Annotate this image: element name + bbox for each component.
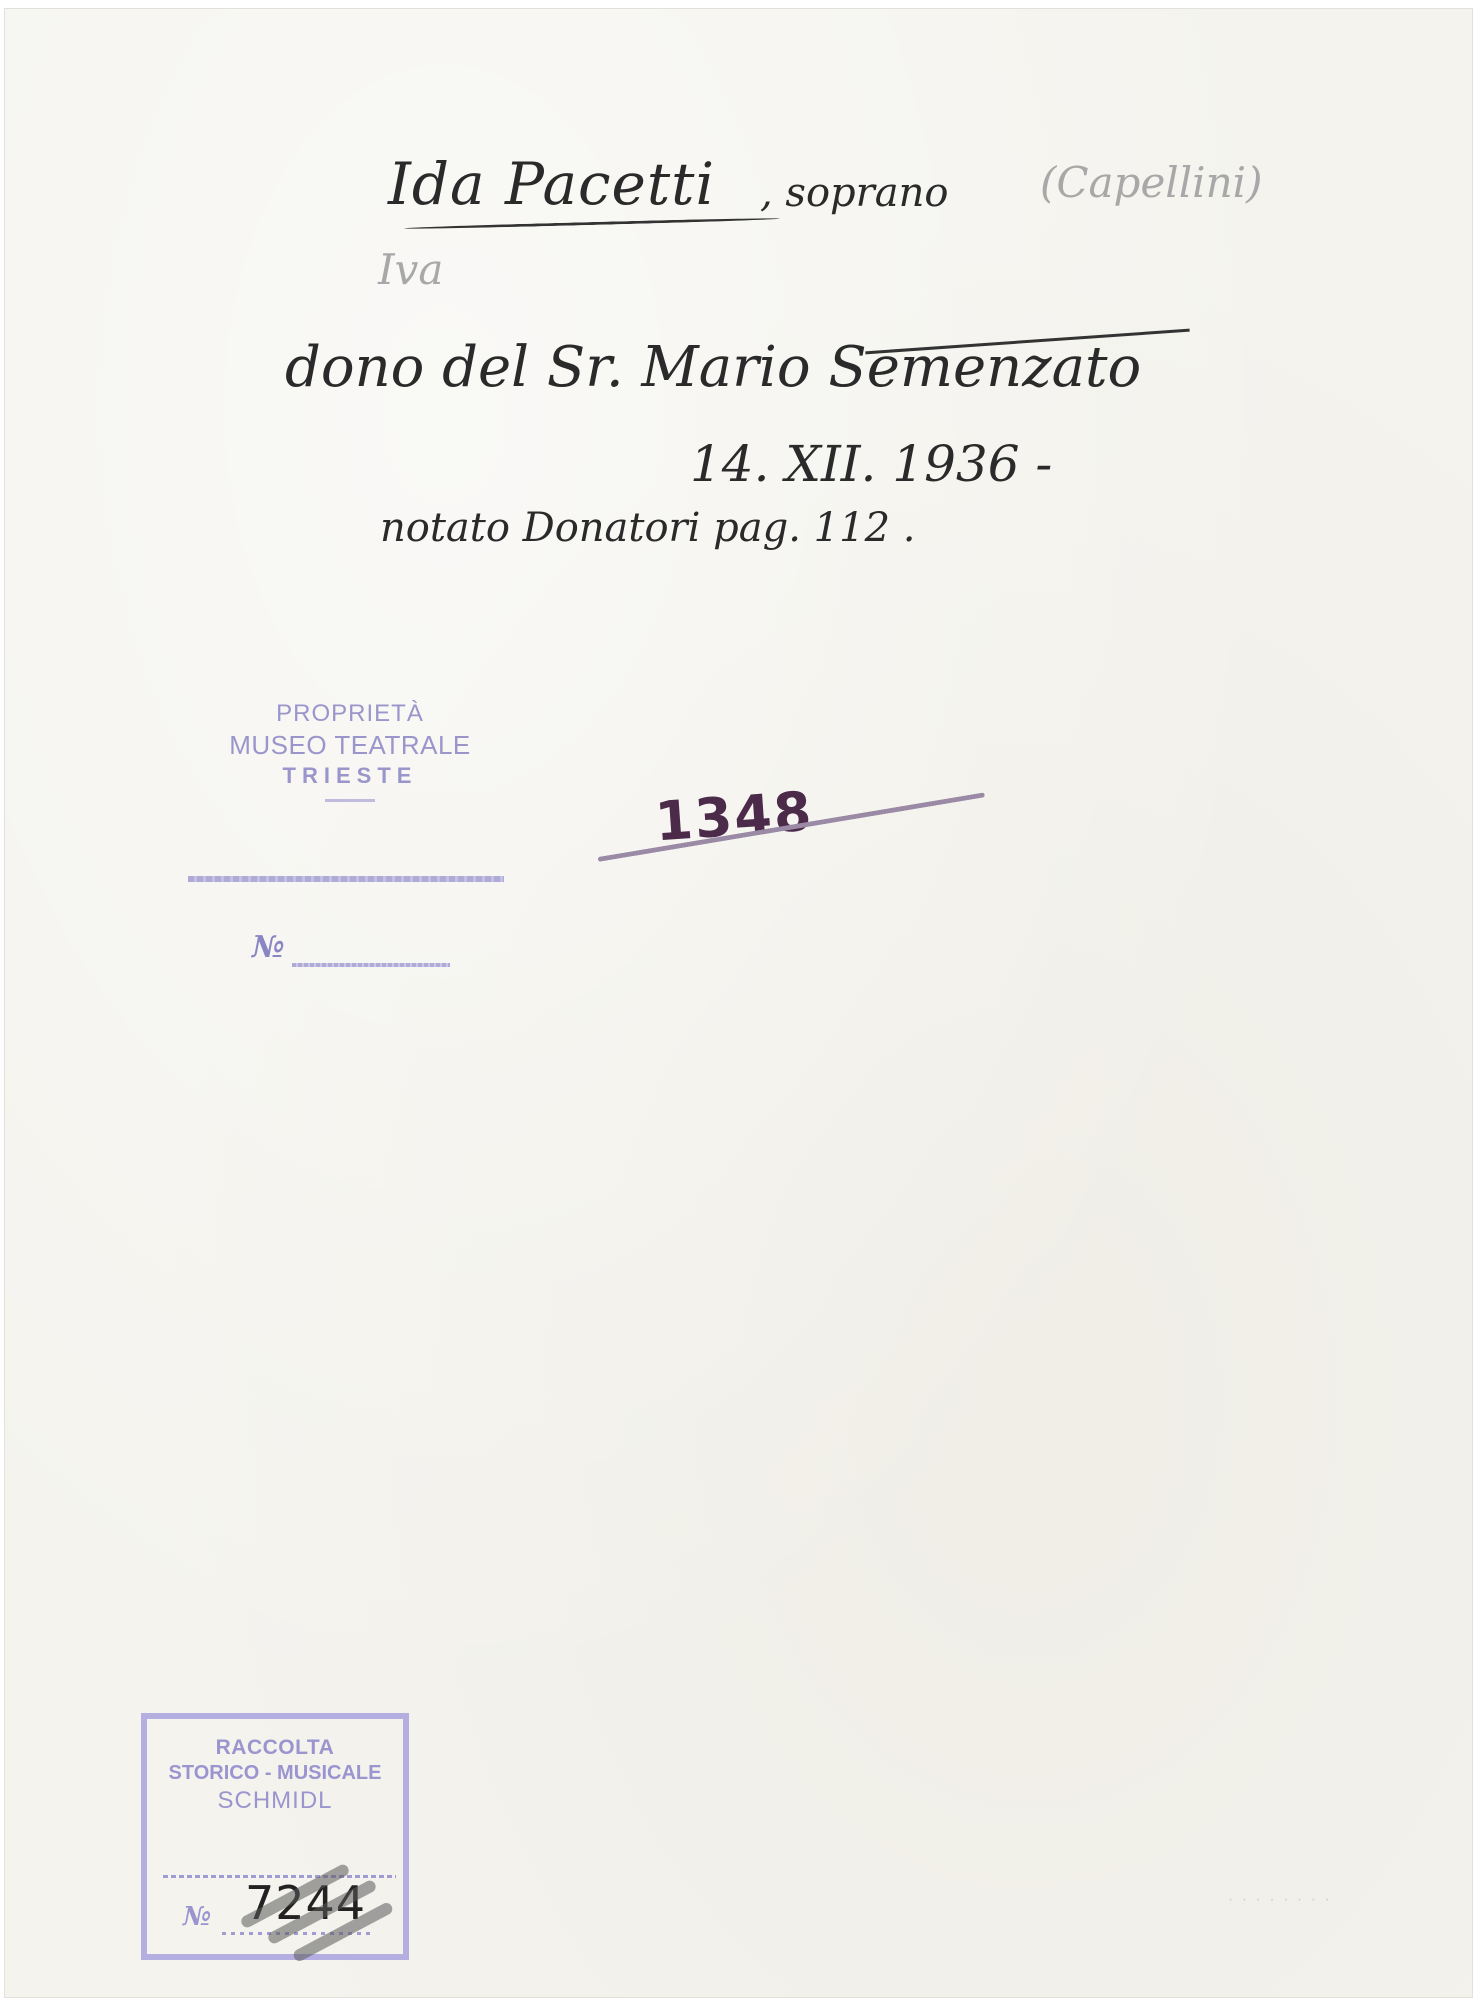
handwritten-role: , soprano xyxy=(760,170,948,216)
museum-stamp-line3: TRIESTE xyxy=(200,763,500,789)
collection-stamp-line3: SCHMIDL xyxy=(141,1787,409,1815)
donation-line: dono del Sr. Mario Semenzato xyxy=(285,335,1141,400)
pencil-parenthetical-note: (Capellini) xyxy=(1040,158,1262,207)
inventory-number: 1348 xyxy=(653,780,815,854)
handwritten-name: Ida Pacetti xyxy=(388,150,715,218)
collection-stamp-number-label: № xyxy=(183,1902,211,1932)
document-paper xyxy=(4,8,1473,1998)
pencil-name-correction: Iva xyxy=(378,245,443,294)
registry-note: notato Donatori pag. 112 . xyxy=(380,505,915,551)
collection-stamp-text: RACCOLTA STORICO - MUSICALE SCHMIDL xyxy=(141,1736,409,1815)
museum-stamp-number-label: № xyxy=(252,930,285,965)
museum-stamp-number-line xyxy=(292,963,450,967)
collection-stamp-line2: STORICO - MUSICALE xyxy=(141,1762,409,1785)
museum-stamp-line2: MUSEO TEATRALE xyxy=(200,730,500,761)
museum-stamp-dash xyxy=(325,799,375,802)
faint-offset-mark: · · · · · · · · xyxy=(1228,1891,1332,1909)
museum-stamp: PROPRIETÀ MUSEO TEATRALE TRIESTE xyxy=(200,700,500,802)
museum-stamp-rule xyxy=(188,876,504,882)
donation-date: 14. XII. 1936 - xyxy=(690,435,1052,493)
collection-stamp-line1: RACCOLTA xyxy=(141,1736,409,1760)
museum-stamp-line1: PROPRIETÀ xyxy=(200,700,500,728)
